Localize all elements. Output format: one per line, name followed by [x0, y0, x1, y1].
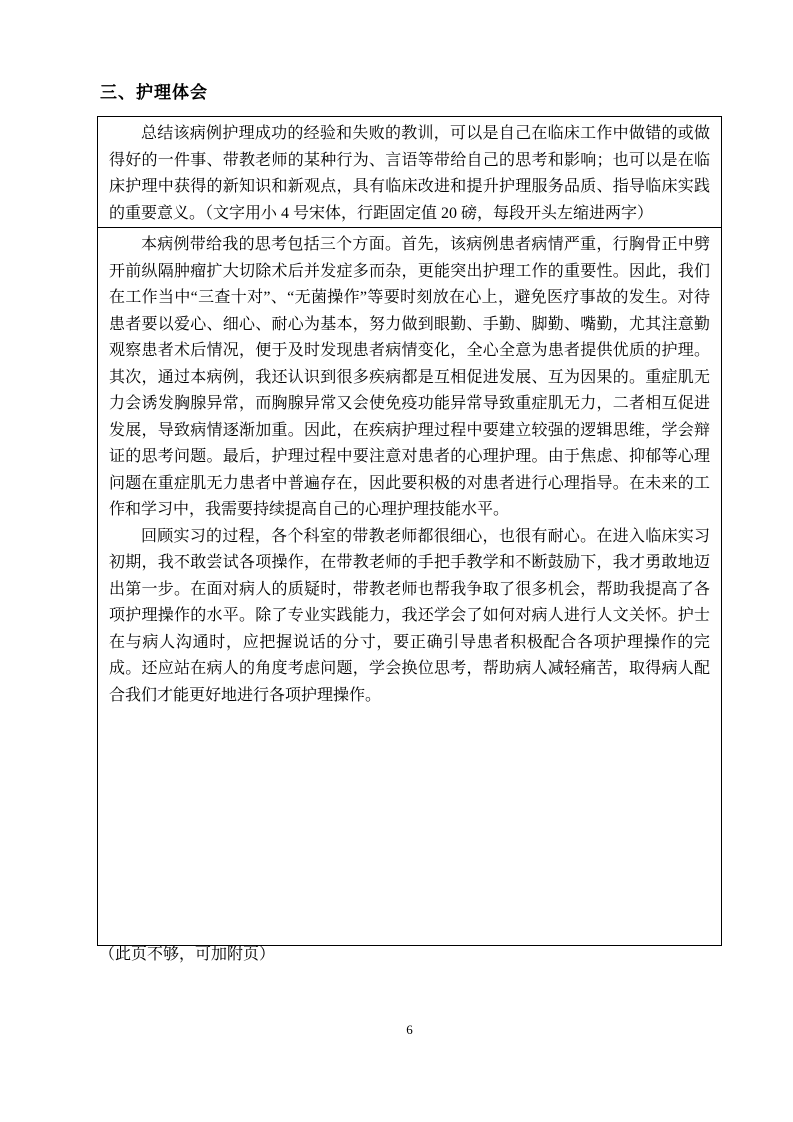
body-row: 本病例带给我的思考包括三个方面。首先，该病例患者病情严重，行胸骨正中劈开前纵隔肿…: [98, 228, 722, 946]
body-paragraph-2: 回顾实习的过程，各个科室的带教老师都很细心，也很有耐心。在进入临床实习初期，我不…: [109, 524, 710, 710]
body-paragraph-1: 本病例带给我的思考包括三个方面。首先，该病例患者病情严重，行胸骨正中劈开前纵隔肿…: [109, 232, 710, 524]
footer-note: （此页不够，可加附页）: [99, 944, 275, 966]
instructions-row: 总结该病例护理成功的经验和失败的教训，可以是自己在临床工作中做错的或做得好的一件…: [98, 117, 722, 228]
instructions-cell: 总结该病例护理成功的经验和失败的教训，可以是自己在临床工作中做错的或做得好的一件…: [98, 117, 722, 228]
instructions-text: 总结该病例护理成功的经验和失败的教训，可以是自己在临床工作中做错的或做得好的一件…: [109, 121, 710, 227]
experience-form-table: 总结该病例护理成功的经验和失败的教训，可以是自己在临床工作中做错的或做得好的一件…: [97, 116, 722, 946]
page-number: 6: [97, 1022, 722, 1038]
body-cell: 本病例带给我的思考包括三个方面。首先，该病例患者病情严重，行胸骨正中劈开前纵隔肿…: [98, 228, 722, 946]
section-title: 三、护理体会: [100, 78, 208, 103]
document-page: 三、护理体会 总结该病例护理成功的经验和失败的教训，可以是自己在临床工作中做错的…: [0, 0, 793, 1122]
